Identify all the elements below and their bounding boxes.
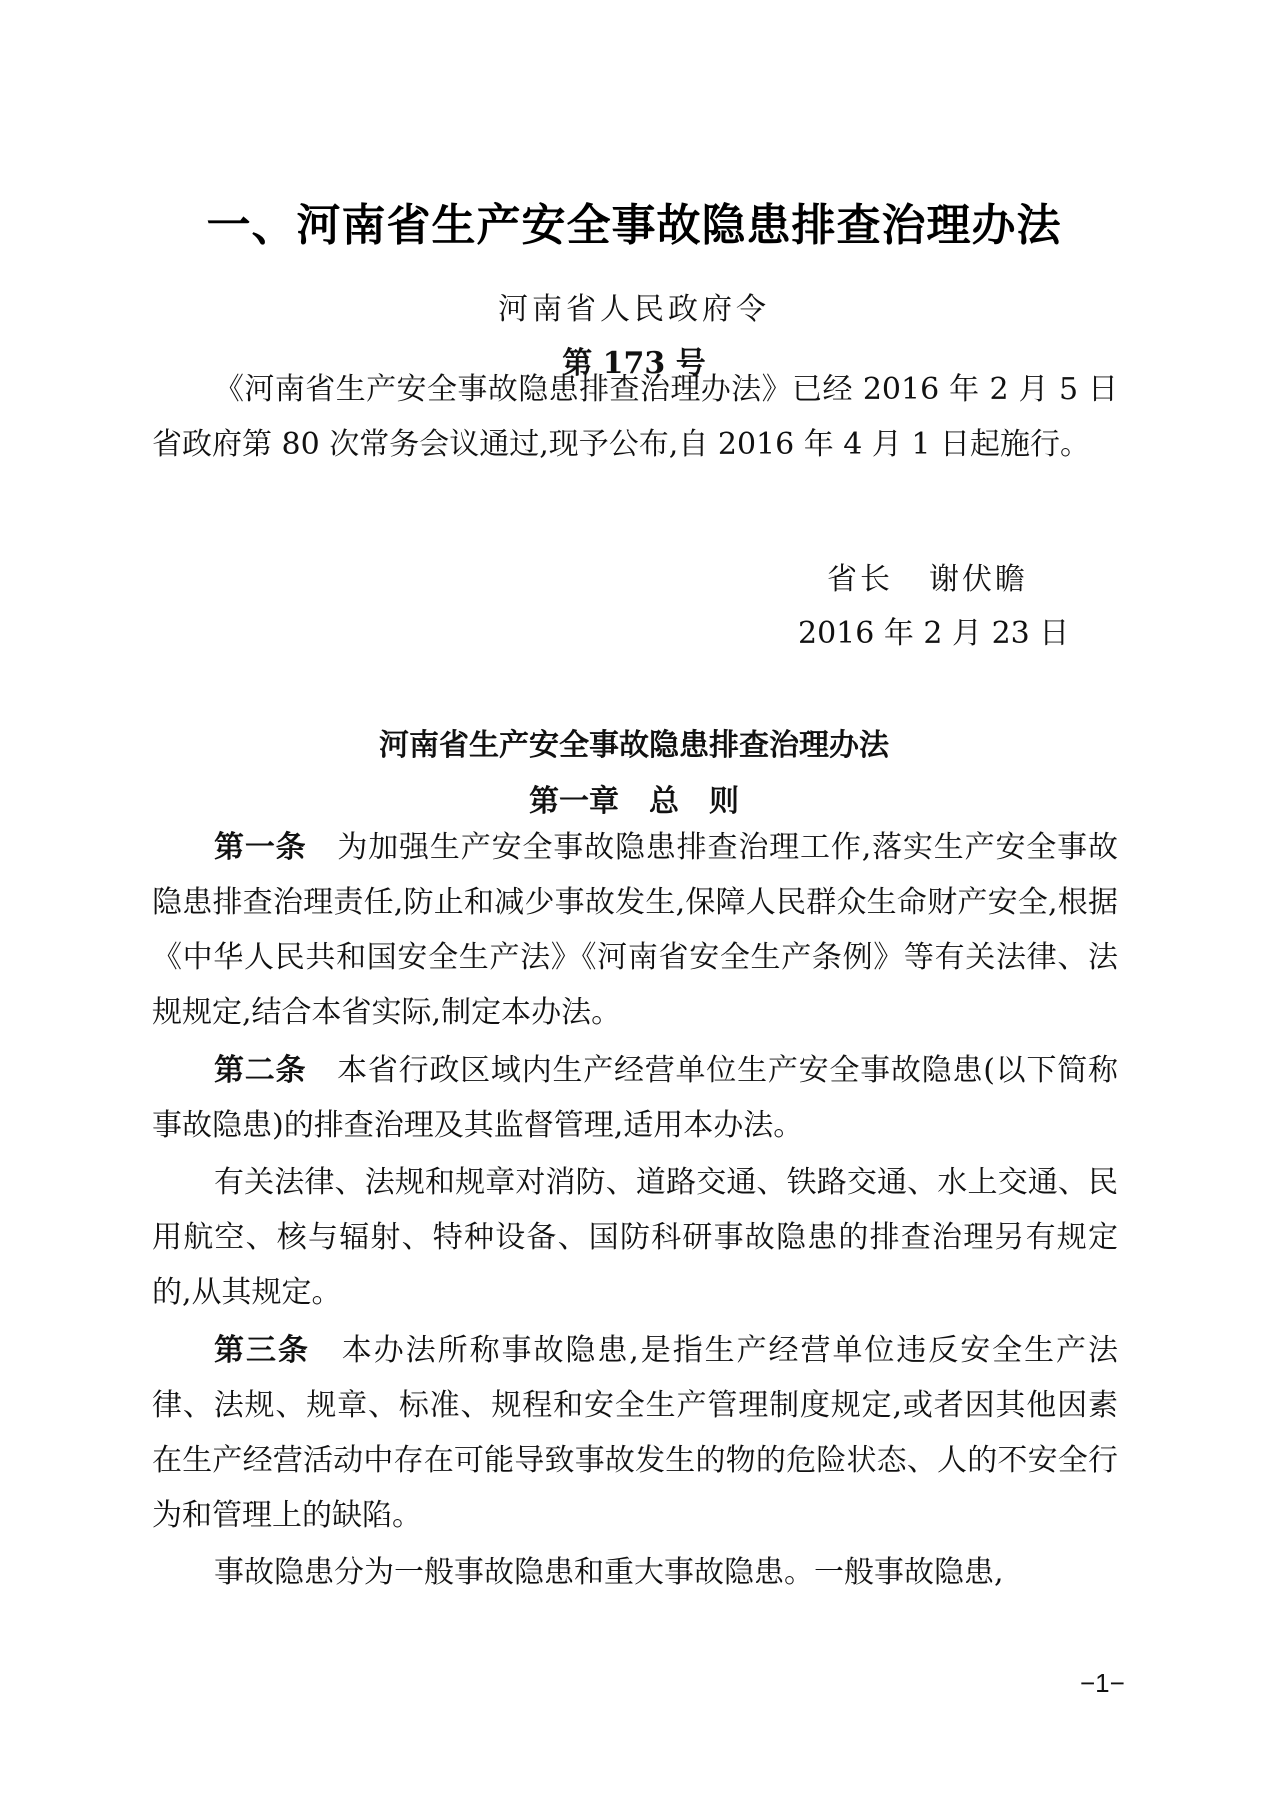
article-1: 第一条为加强生产安全事故隐患排查治理工作,落实生产安全事故隐患排查治理责任,防止… — [152, 820, 1118, 1040]
order-issuer: 河南省人民政府令 — [0, 290, 1268, 330]
signatory-title: 省长 — [827, 562, 893, 597]
article-2: 第二条本省行政区域内生产经营单位生产安全事故隐患(以下简称事故隐患)的排查治理及… — [152, 1043, 1118, 1153]
article-label: 第一条 — [214, 830, 307, 865]
article-label: 第二条 — [214, 1053, 306, 1088]
chapter-title-part2: 则 — [709, 784, 739, 819]
article-2-paragraph-2: 有关法律、法规和规章对消防、道路交通、铁路交通、水上交通、民用航空、核与辐射、特… — [152, 1155, 1118, 1320]
article-3-paragraph-2: 事故隐患分为一般事故隐患和重大事故隐患。一般事故隐患, — [152, 1545, 1118, 1600]
chapter-number: 第一章 — [529, 784, 619, 819]
chapter-title-part1: 总 — [649, 784, 679, 819]
announcement-paragraph: 《河南省生产安全事故隐患排查治理办法》已经 2016 年 2 月 5 日省政府第… — [152, 362, 1118, 472]
signatory: 省长谢伏瞻 — [827, 560, 1028, 600]
document-page: 一、河南省生产安全事故隐患排查治理办法 河南省人民政府令 第 173 号 《河南… — [0, 0, 1268, 1796]
signing-date: 2016 年 2 月 23 日 — [798, 614, 1069, 654]
article-label: 第三条 — [214, 1333, 310, 1368]
chapter-heading: 第一章总则 — [0, 782, 1268, 822]
article-3: 第三条本办法所称事故隐患,是指生产经营单位违反安全生产法律、法规、规章、标准、规… — [152, 1323, 1118, 1543]
law-title: 河南省生产安全事故隐患排查治理办法 — [0, 726, 1268, 766]
page-number: −1− — [1080, 1668, 1125, 1698]
main-title: 一、河南省生产安全事故隐患排查治理办法 — [0, 196, 1268, 256]
signatory-name: 谢伏瞻 — [929, 562, 1028, 597]
